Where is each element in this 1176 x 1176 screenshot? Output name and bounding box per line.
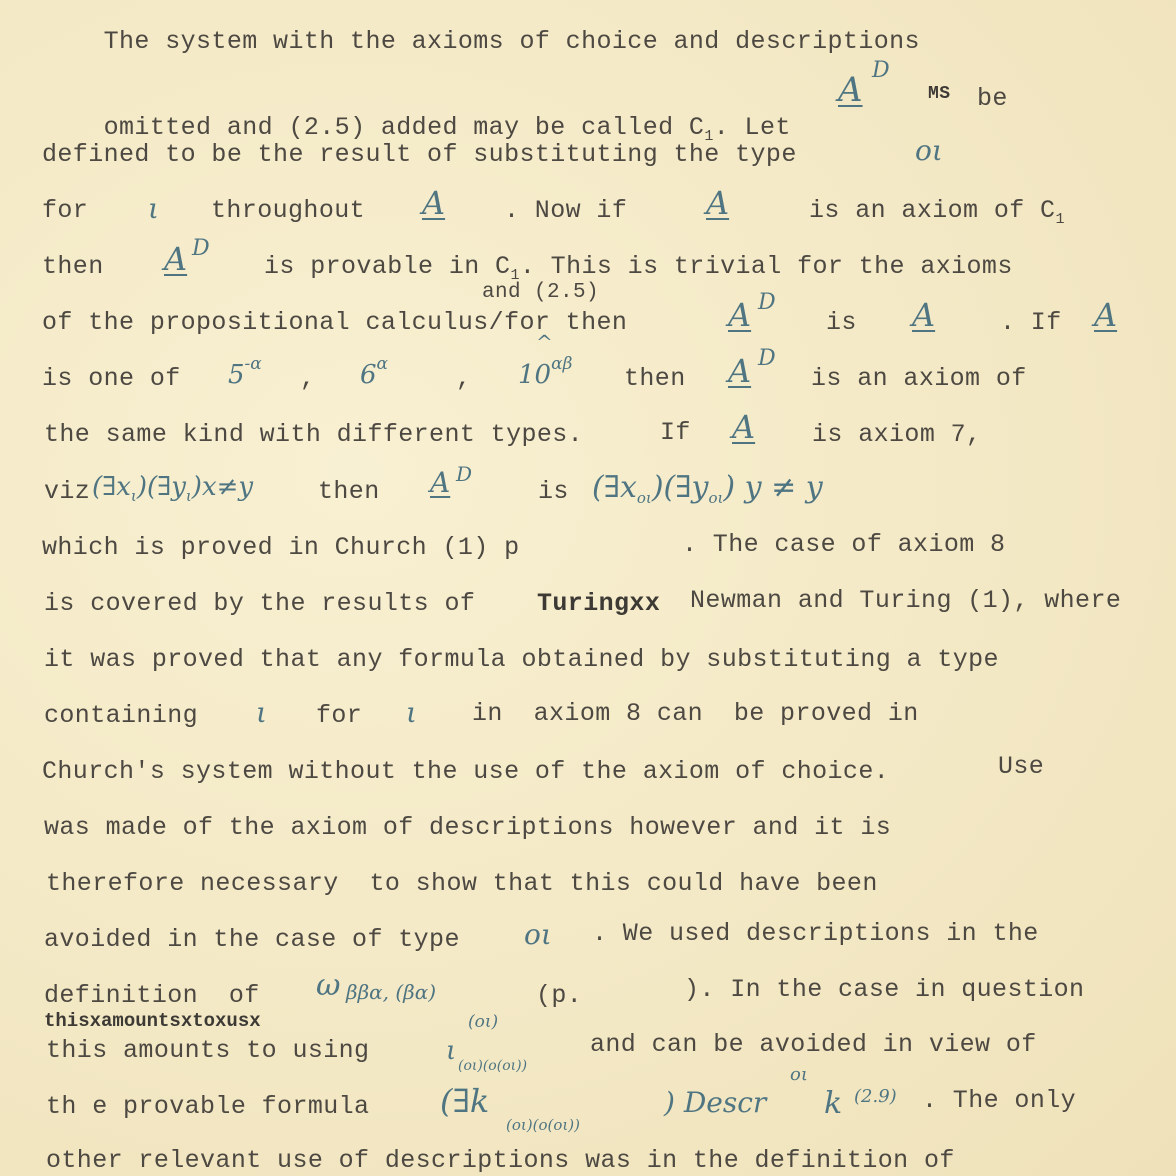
text-fragment: , — [456, 364, 471, 393]
struck-text: MS — [928, 84, 950, 104]
text-fragment: then — [318, 477, 380, 506]
handwritten-A: A — [1094, 296, 1117, 334]
text-fragment: Use — [998, 752, 1044, 781]
text-fragment: (p. — [536, 981, 582, 1010]
handwritten-axiom-10ab: 10αβ — [518, 360, 572, 390]
handwritten-iota: ι — [406, 696, 417, 729]
handwritten-iota: ι — [446, 1036, 456, 1066]
text-fragment: is axiom 7, — [812, 420, 981, 449]
text-fragment: . If — [1000, 308, 1062, 337]
text-line-11: is covered by the results of — [44, 589, 475, 618]
text-line-3: defined to be the result of substituting… — [42, 140, 797, 169]
handwritten-D-superscript: D — [758, 290, 776, 315]
text-line-17: avoided in the case of type — [44, 925, 460, 954]
text-fragment: . Now if — [504, 196, 627, 225]
text-fragment: is provable in C1. This is trivial for t… — [264, 252, 1013, 281]
handwritten-omega-subscript: ββα, (βα) — [346, 980, 436, 1004]
text-line-16: therefore necessary to show that this co… — [46, 869, 878, 898]
text-fragment: and can be avoided in view of — [590, 1030, 1037, 1059]
struck-text: thisxamountsxtoxusx — [44, 1010, 261, 1032]
text-fragment: . The only — [922, 1086, 1076, 1115]
handwritten-k-subscript: (oι)(o(oι)) — [506, 1116, 580, 1134]
text-line-8: the same kind with different types. — [44, 420, 583, 449]
handwritten-exists-k: (∃k — [440, 1082, 489, 1120]
text-fragment: is an axiom of C1 — [809, 196, 1065, 225]
text-line-20: th e provable formula — [46, 1092, 369, 1121]
text-fragment: . We used descriptions in the — [592, 919, 1039, 948]
caret-insert-mark: ^ — [536, 330, 553, 354]
handwritten-D-superscript: D — [192, 236, 210, 261]
text-line-18: definition of — [44, 981, 260, 1010]
text-line-1: The system with the axioms of choice and… — [42, 27, 920, 56]
text-fragment: then — [624, 364, 686, 393]
handwritten-axiom-5a: 5-α — [228, 360, 262, 390]
text-fragment: , — [300, 364, 315, 393]
handwritten-axiom7D-formula: (∃xoι)(∃yoι) y ≠ y — [592, 470, 823, 505]
text-line-4: for — [42, 196, 88, 225]
text-line-13: containing — [44, 701, 198, 730]
text-fragment: is an axiom of — [811, 364, 1027, 393]
text-fragment: is — [538, 477, 569, 506]
text-line-19: this amounts to using — [46, 1036, 369, 1065]
text-fragment: If — [660, 418, 691, 447]
text-fragment: is — [826, 308, 857, 337]
handwritten-k: k — [824, 1086, 842, 1121]
handwritten-axiom-6a: 6α — [360, 360, 388, 390]
handwritten-A: A — [728, 352, 751, 390]
handwritten-descr: ) Descr — [664, 1086, 766, 1119]
handwritten-A: A — [422, 184, 445, 222]
text-fragment: throughout — [211, 196, 365, 225]
handwritten-D-superscript: D — [872, 58, 890, 83]
handwritten-A: A — [706, 184, 729, 222]
inserted-text: and (2.5) — [482, 281, 599, 304]
text-line-12: it was proved that any formula obtained … — [44, 645, 999, 674]
text-fragment: . The case of axiom 8 — [682, 530, 1005, 559]
text-fragment: for — [316, 701, 362, 730]
handwritten-A: A — [732, 408, 755, 446]
text-fragment: in axiom 8 can be proved in — [472, 699, 919, 728]
handwritten-iota-superscript: (oι) — [468, 1012, 498, 1032]
text-line-14: Church's system without the use of the a… — [42, 757, 889, 786]
text-fragment: ). In the case in question — [684, 975, 1084, 1004]
handwritten-descr-superscript: oι — [790, 1064, 808, 1085]
handwritten-D-superscript: D — [758, 346, 776, 371]
handwritten-A: A — [912, 296, 935, 334]
handwritten-A: A — [728, 296, 751, 334]
handwritten-D-superscript: D — [456, 462, 472, 486]
handwritten-A: A — [164, 240, 187, 278]
handwritten-axiom7-formula: (∃xι)(∃yι)x≠y — [92, 472, 253, 502]
struck-text: Turingxx — [537, 589, 660, 618]
text-line-15: was made of the axiom of descriptions ho… — [44, 813, 891, 842]
text-fragment: Newman and Turing (1), where — [690, 586, 1121, 615]
manuscript-page: The system with the axioms of choice and… — [0, 0, 1176, 1176]
handwritten-A: A — [430, 466, 450, 499]
text-line-21: other relevant use of descriptions was i… — [46, 1146, 955, 1175]
handwritten-iota: ι — [148, 192, 159, 225]
handwritten-ref: (2.9) — [854, 1086, 897, 1107]
handwritten-omega: ω — [316, 968, 340, 1003]
text-line-9: viz — [44, 477, 90, 506]
handwritten-iota-subscript: (oι)(o(oι)) — [458, 1058, 527, 1074]
handwritten-iota: ι — [256, 696, 267, 729]
handwritten-type-oi: oι — [915, 134, 943, 167]
text-line-7: is one of — [42, 364, 181, 393]
handwritten-type-oi: oι — [524, 918, 552, 951]
handwritten-A: A — [838, 70, 863, 110]
text-fragment: be — [977, 84, 1008, 113]
text-line-5: then — [42, 252, 104, 281]
text-line-10: which is proved in Church (1) p — [42, 533, 519, 562]
